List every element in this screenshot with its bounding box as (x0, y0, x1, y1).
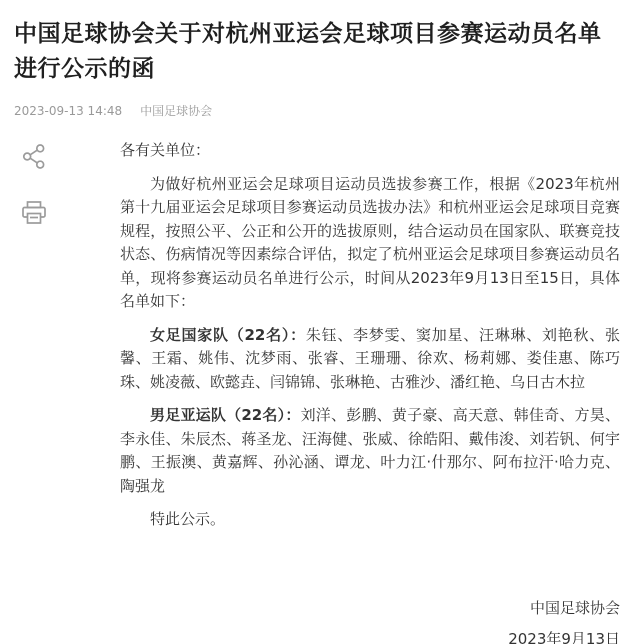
publish-source: 中国足球协会 (140, 102, 212, 119)
print-button[interactable] (20, 199, 48, 229)
article-header: 中国足球协会关于对杭州亚运会足球项目参赛运动员名单进行公示的函 2023-09-… (0, 0, 640, 119)
intro-paragraph: 为做好杭州亚运会足球项目运动员选拔参赛工作，根据《2023年杭州第十九届亚运会足… (120, 173, 620, 314)
womens-team-paragraph: 女足国家队（22名）：朱钰、李梦雯、窦加星、汪琳琳、刘艳秋、张馨、王霜、姚伟、沈… (120, 324, 620, 395)
publish-datetime: 2023-09-13 14:48 (14, 104, 122, 118)
womens-team-label: 女足国家队（22名）： (150, 326, 306, 344)
signature-org: 中国足球协会 (0, 600, 620, 616)
share-icon (21, 143, 47, 170)
tools-column (20, 141, 48, 229)
closing-line: 特此公示。 (120, 508, 620, 532)
share-button[interactable] (20, 141, 48, 171)
article-content: 各有关单位： 为做好杭州亚运会足球项目运动员选拔参赛工作，根据《2023年杭州第… (0, 139, 640, 644)
signature-date: 2023年9月13日 (0, 631, 620, 644)
article-body: 各有关单位： 为做好杭州亚运会足球项目运动员选拔参赛工作，根据《2023年杭州第… (120, 139, 620, 532)
page-title: 中国足球协会关于对杭州亚运会足球项目参赛运动员名单进行公示的函 (14, 17, 614, 87)
article-meta: 2023-09-13 14:48 中国足球协会 (14, 102, 620, 119)
salutation: 各有关单位： (120, 139, 620, 163)
article-page: 中国足球协会关于对杭州亚运会足球项目参赛运动员名单进行公示的函 2023-09-… (0, 0, 640, 644)
mens-team-label: 男足亚运队（22名）： (150, 406, 301, 424)
printer-icon (20, 199, 48, 229)
mens-team-paragraph: 男足亚运队（22名）：刘洋、彭鹏、黄子豪、高天意、韩佳奇、方昊、李永佳、朱辰杰、… (120, 404, 620, 498)
signature-block: 中国足球协会 2023年9月13日 (0, 600, 620, 644)
